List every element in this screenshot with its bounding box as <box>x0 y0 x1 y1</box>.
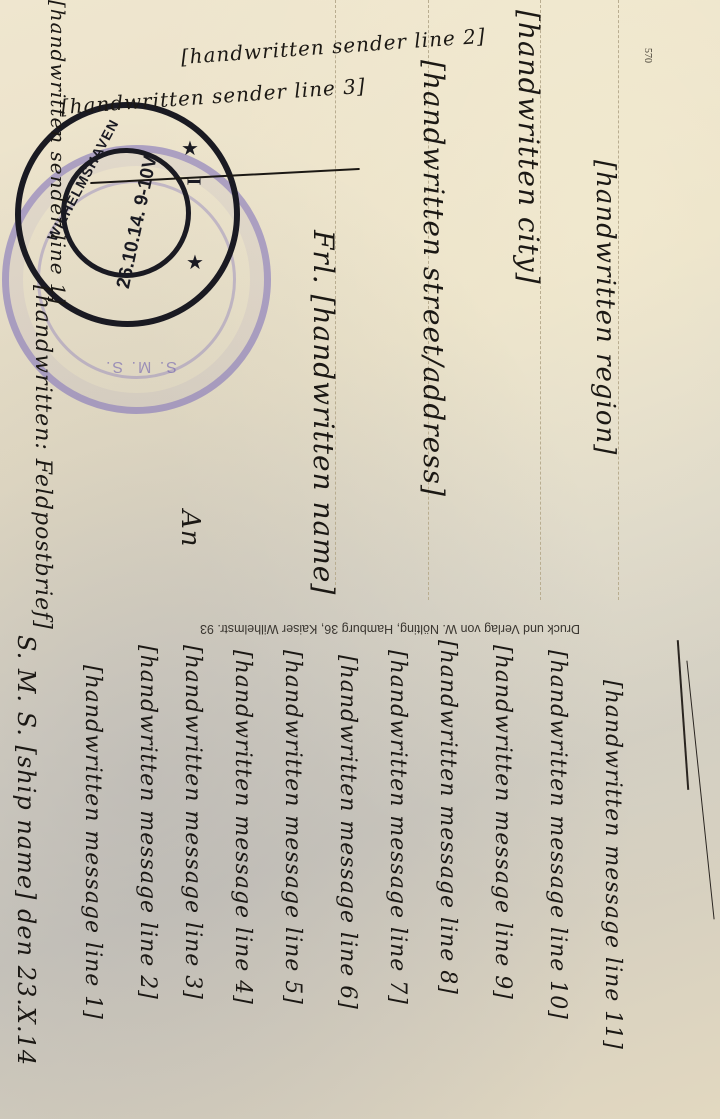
recipient-line-2: [handwritten street/address] <box>417 60 450 497</box>
recipient-region: [handwritten region] <box>590 160 620 455</box>
message-line: [handwritten message line 3] <box>180 645 205 1000</box>
feldpost-note: [handwritten: Feldpostbrief] <box>30 285 55 630</box>
message-line: [handwritten message line 4] <box>230 650 255 1005</box>
message-line: [handwritten message line 8] <box>435 640 460 995</box>
star-icon: ★ <box>181 136 199 161</box>
message-heading: S. M. S. [ship name] den 23.X.14 <box>12 635 40 1066</box>
message-line: [handwritten message line 11] <box>600 680 625 1050</box>
message-line: [handwritten message line 1] <box>80 665 105 1020</box>
sender-line-1: [handwritten sender line 1] <box>46 0 70 305</box>
message-line: [handwritten message line 9] <box>490 645 515 1000</box>
salutation: An <box>175 510 205 548</box>
recipient-line-3: [handwritten city] <box>512 10 545 285</box>
publisher-imprint: Druck und Verlag von W. Nölting, Hamburg… <box>90 622 690 636</box>
message-line: [handwritten message line 6] <box>335 655 360 1010</box>
message-line: [handwritten message line 5] <box>280 650 305 1005</box>
edge-stroke <box>686 661 714 920</box>
message-line: [handwritten message line 10] <box>545 650 570 1020</box>
message-line: [handwritten message line 2] <box>135 645 160 1000</box>
sender-line-3: [handwritten sender line 3] <box>60 74 366 119</box>
card-number: 570 <box>642 48 653 63</box>
star-icon: ★ <box>186 250 204 275</box>
recipient-line-1: Frl. [handwritten name] <box>307 230 340 595</box>
ship-stamp-text: S. M. S. <box>104 357 177 375</box>
message-line: [handwritten message line 7] <box>385 650 410 1005</box>
